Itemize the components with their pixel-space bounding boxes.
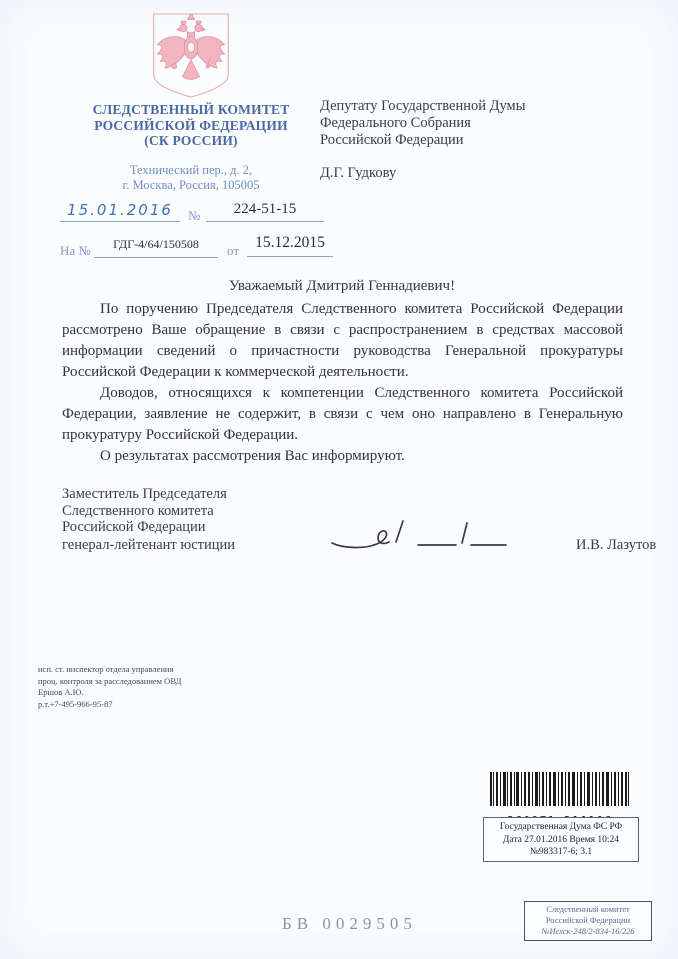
from-label: от — [227, 243, 239, 259]
recipient-block: Депутату Государственной Думы Федерально… — [320, 98, 525, 149]
duma-stamp-line: Дата 27.01.2016 Время 10:24 — [484, 834, 638, 847]
executor-line: исп. ст. инспектор отдела управления — [38, 664, 181, 676]
recipient-line: Депутату Государственной Думы — [320, 98, 525, 115]
org-name: СЛЕДСТВЕННЫЙ КОМИТЕТ РОССИЙСКОЙ ФЕДЕРАЦИ… — [38, 102, 344, 149]
duma-registration-stamp: Государственная Дума ФС РФ Дата 27.01.20… — [483, 817, 639, 862]
body-paragraph: По поручению Председателя Следственного … — [62, 299, 623, 383]
recipient-line: Российской Федерации — [320, 132, 525, 149]
outgoing-number-field: 224-51-15 — [206, 201, 324, 222]
document-serial: БВ 0029505 — [282, 914, 417, 934]
sk-stamp-line: Российской Федерации — [525, 915, 651, 926]
reply-to-label: На № — [60, 243, 91, 259]
signature-title-line: Заместитель Председателя — [62, 486, 227, 503]
number-sign-label: № — [188, 208, 200, 224]
body-paragraph: Доводов, относящихся к компетенции Следс… — [62, 383, 623, 446]
coat-of-arms-icon — [149, 10, 233, 102]
org-address: Технический пер., д. 2, г. Москва, Росси… — [38, 163, 344, 193]
executor-line: проц. контроля за расследованием ОВД — [38, 676, 181, 688]
sk-outgoing-stamp: Следственный комитет Российской Федераци… — [524, 901, 652, 941]
recipient-line: Федерального Собрания — [320, 115, 525, 132]
sk-stamp-line: №Исхск-248/2-834-16/226 — [525, 926, 651, 937]
executor-line: р.т.+7-495-966-95-87 — [38, 699, 181, 711]
body-paragraph: О результатах рассмотрения Вас информиру… — [62, 446, 623, 467]
reference-date-field: 15.12.2015 — [247, 234, 333, 257]
signatory-name: И.В. Лазутов — [576, 537, 656, 554]
signature-title: Заместитель Председателя Следственного к… — [62, 486, 227, 536]
org-address-line: г. Москва, Россия, 105005 — [38, 178, 344, 193]
signature-scrawl-icon — [328, 516, 563, 558]
handwritten-date-field: 15.01.2016 — [60, 201, 180, 222]
executor-line: Ершов А.Ю. — [38, 687, 181, 699]
executor-note: исп. ст. инспектор отдела управления про… — [38, 664, 181, 710]
org-name-line: РОССИЙСКОЙ ФЕДЕРАЦИИ — [38, 118, 344, 134]
signature-title-line: Следственного комитета — [62, 503, 227, 520]
org-name-line: СЛЕДСТВЕННЫЙ КОМИТЕТ — [38, 102, 344, 118]
sk-stamp-line: Следственный комитет — [525, 904, 651, 915]
reference-number-field: ГДГ-4/64/150508 — [94, 237, 218, 258]
recipient-name: Д.Г. Гудкову — [320, 165, 396, 182]
duma-stamp-line: №983317-6; 3.1 — [484, 846, 638, 859]
scanned-letter-page: СЛЕДСТВЕННЫЙ КОМИТЕТ РОССИЙСКОЙ ФЕДЕРАЦИ… — [0, 0, 678, 959]
signature-title-line: Российской Федерации — [62, 519, 227, 536]
org-name-line: (СК РОССИИ) — [38, 133, 344, 149]
org-address-line: Технический пер., д. 2, — [38, 163, 344, 178]
signature-rank: генерал-лейтенант юстиции — [62, 537, 235, 554]
letter-body: По поручению Председателя Следственного … — [62, 299, 623, 467]
barcode-icon — [490, 772, 630, 806]
salutation: Уважаемый Дмитрий Геннадиевич! — [62, 278, 622, 295]
duma-stamp-line: Государственная Дума ФС РФ — [484, 821, 638, 834]
